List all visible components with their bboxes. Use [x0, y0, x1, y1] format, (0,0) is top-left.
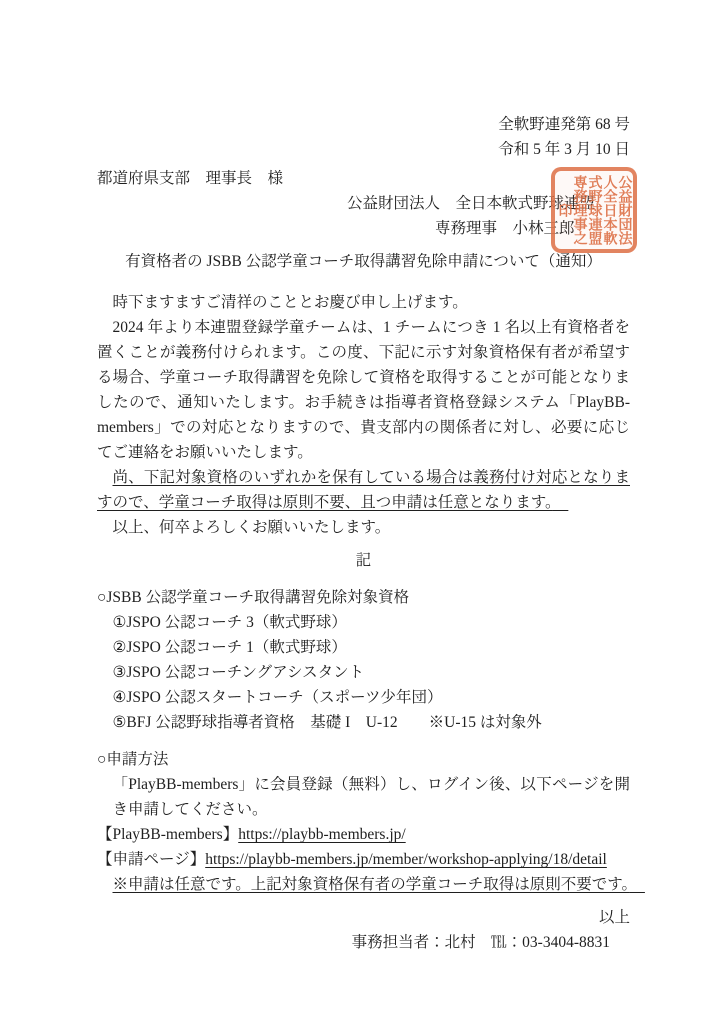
playbb-members-line: 【PlayBB-members】https://playbb-members.j…	[97, 822, 630, 847]
qualification-item-3: ③JSPO 公認コーチングアシスタント	[97, 660, 630, 685]
application-method-heading: ○申請方法	[97, 747, 630, 772]
qualifications-heading: ○JSBB 公認学童コーチ取得講習免除対象資格	[97, 585, 630, 610]
application-page-link[interactable]: https://playbb-members.jp/member/worksho…	[205, 851, 607, 868]
application-note-line: ※申請は任意です。上記対象資格保有者の学童コーチ取得は原則不要です。	[97, 872, 630, 897]
closing-paragraph: 以上、何卒よろしくお願いいたします。	[97, 515, 630, 540]
ijou-end-marker: 以上	[97, 905, 630, 930]
document-date: 令和 5 年 3 月 10 日	[97, 137, 630, 162]
contact-person-line: 事務担当者：北村 ℡：03-3404-8831	[97, 930, 630, 955]
qualification-item-2: ②JSPO 公認コーチ 1（軟式野球）	[97, 635, 630, 660]
official-seal: 公益財団法人全日本軟式野球連盟専務理事之印	[551, 167, 637, 253]
ki-marker: 記	[97, 548, 630, 573]
qualification-item-1: ①JSPO 公認コーチ 3（軟式野球）	[97, 610, 630, 635]
note-underlined-text: 尚、下記対象資格のいずれかを保有している場合は義務付け対応となりますので、学童コ…	[97, 469, 630, 511]
application-page-label: 【申請ページ】	[97, 851, 205, 868]
main-paragraph: 2024 年より本連盟登録学童チームは、1 チームにつき 1 名以上有資格者を置…	[97, 315, 630, 465]
scanned-letter-page: 全軟野連発第 68 号 令和 5 年 3 月 10 日 都道府県支部 理事長 様…	[0, 0, 724, 1024]
note-paragraph: 尚、下記対象資格のいずれかを保有している場合は義務付け対応となりますので、学童コ…	[97, 465, 630, 515]
official-seal-text: 公益財団法人全日本軟式野球連盟専務理事之印	[557, 172, 632, 248]
playbb-members-link[interactable]: https://playbb-members.jp/	[238, 826, 405, 843]
qualification-item-5: ⑤BFJ 公認野球指導者資格 基礎 I U-12 ※U-15 は対象外	[97, 710, 630, 735]
document-number: 全軟野連発第 68 号	[97, 112, 630, 137]
document-title: 有資格者の JSBB 公認学童コーチ取得講習免除申請について（通知）	[97, 249, 630, 274]
application-note-underlined: ※申請は任意です。上記対象資格保有者の学童コーチ取得は原則不要です。	[113, 876, 645, 893]
playbb-members-label: 【PlayBB-members】	[97, 826, 238, 843]
greeting-paragraph: 時下ますますご清祥のこととお慶び申し上げます。	[97, 290, 630, 315]
application-instruction: 「PlayBB-members」に会員登録（無料）し、ログイン後、以下ページを開…	[97, 772, 630, 822]
application-page-line: 【申請ページ】https://playbb-members.jp/member/…	[97, 847, 630, 872]
qualification-item-4: ④JSPO 公認スタートコーチ（スポーツ少年団）	[97, 685, 630, 710]
